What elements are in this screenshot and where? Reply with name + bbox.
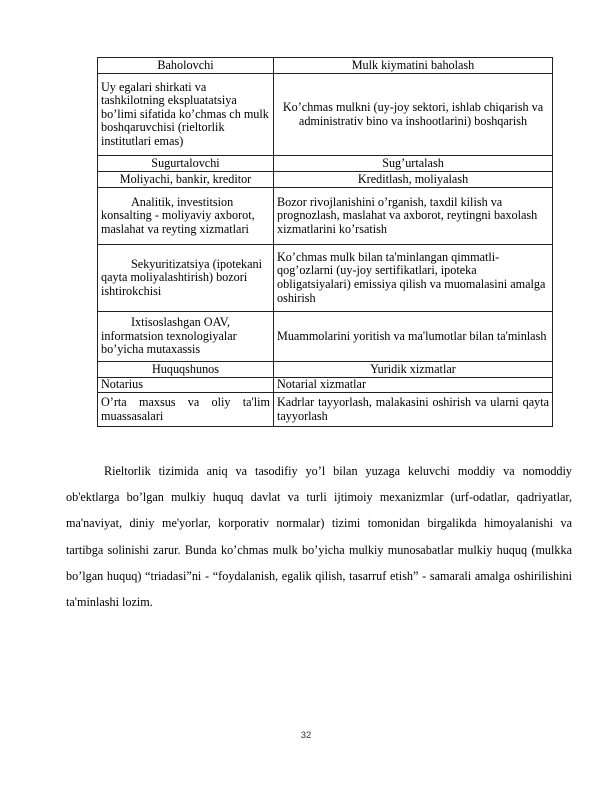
table-cell-service: Ko’chmas mulkni (uy-joy sektori, ishlab … <box>274 74 553 156</box>
table-row: O’rta maxsus va oliy ta'lim muassasalari… <box>98 393 553 427</box>
table-row: Moliyachi, bankir, kreditor Kreditlash, … <box>98 172 553 188</box>
table-row: Sugurtalovchi Sug’urtalash <box>98 156 553 172</box>
table-cell-service: Bozor rivojlanishini o’rganish, taxdil k… <box>274 188 553 245</box>
table-cell-service: Kadrlar tayyorlash, malakasini oshirish … <box>274 393 553 427</box>
body-paragraph: Rieltorlik tizimida aniq va tasodifiy yo… <box>66 458 572 615</box>
table-cell-service: Sug’urtalash <box>274 156 553 172</box>
table-cell-service: Notarial xizmatlar <box>274 378 553 393</box>
table-cell-service: Muammolarini yoritish va ma'lumotlar bil… <box>274 312 553 362</box>
table-row: Sekyuritizatsiya (ipotekani qayta moliya… <box>98 245 553 312</box>
table-cell-role: Huquqshunos <box>98 362 274 378</box>
table-row: Analitik, investitsion konsalting - moli… <box>98 188 553 245</box>
table-cell-role: Moliyachi, bankir, kreditor <box>98 172 274 188</box>
table-cell-role: Notarius <box>98 378 274 393</box>
header-cell-appraiser: Baholovchi <box>98 58 274 74</box>
header-cell-valuation: Mulk kiymatini baholash <box>274 58 553 74</box>
table-row: Uy egalari shirkati va tashkilotning eks… <box>98 74 553 156</box>
table-cell-role: Analitik, investitsion konsalting - moli… <box>98 188 274 245</box>
table-cell-role: Uy egalari shirkati va tashkilotning eks… <box>98 74 274 156</box>
table-header-row: Baholovchi Mulk kiymatini baholash <box>98 58 553 74</box>
appraisal-roles-table: Baholovchi Mulk kiymatini baholash Uy eg… <box>97 57 553 427</box>
page-number: 32 <box>0 730 612 741</box>
table-cell-role: Sekyuritizatsiya (ipotekani qayta moliya… <box>98 245 274 312</box>
table-row: Notarius Notarial xizmatlar <box>98 378 553 393</box>
table-cell-role: O’rta maxsus va oliy ta'lim muassasalari <box>98 393 274 427</box>
table-cell-service: Kreditlash, moliyalash <box>274 172 553 188</box>
table-cell-role: Sugurtalovchi <box>98 156 274 172</box>
table-cell-service: Ko’chmas mulk bilan ta'minlangan qimmatl… <box>274 245 553 312</box>
table-cell-service: Yuridik xizmatlar <box>274 362 553 378</box>
document-page: Baholovchi Mulk kiymatini baholash Uy eg… <box>0 0 612 792</box>
table-row: Ixtisoslashgan OAV, informatsion texnolo… <box>98 312 553 362</box>
table-cell-role: Ixtisoslashgan OAV, informatsion texnolo… <box>98 312 274 362</box>
table-row: Huquqshunos Yuridik xizmatlar <box>98 362 553 378</box>
